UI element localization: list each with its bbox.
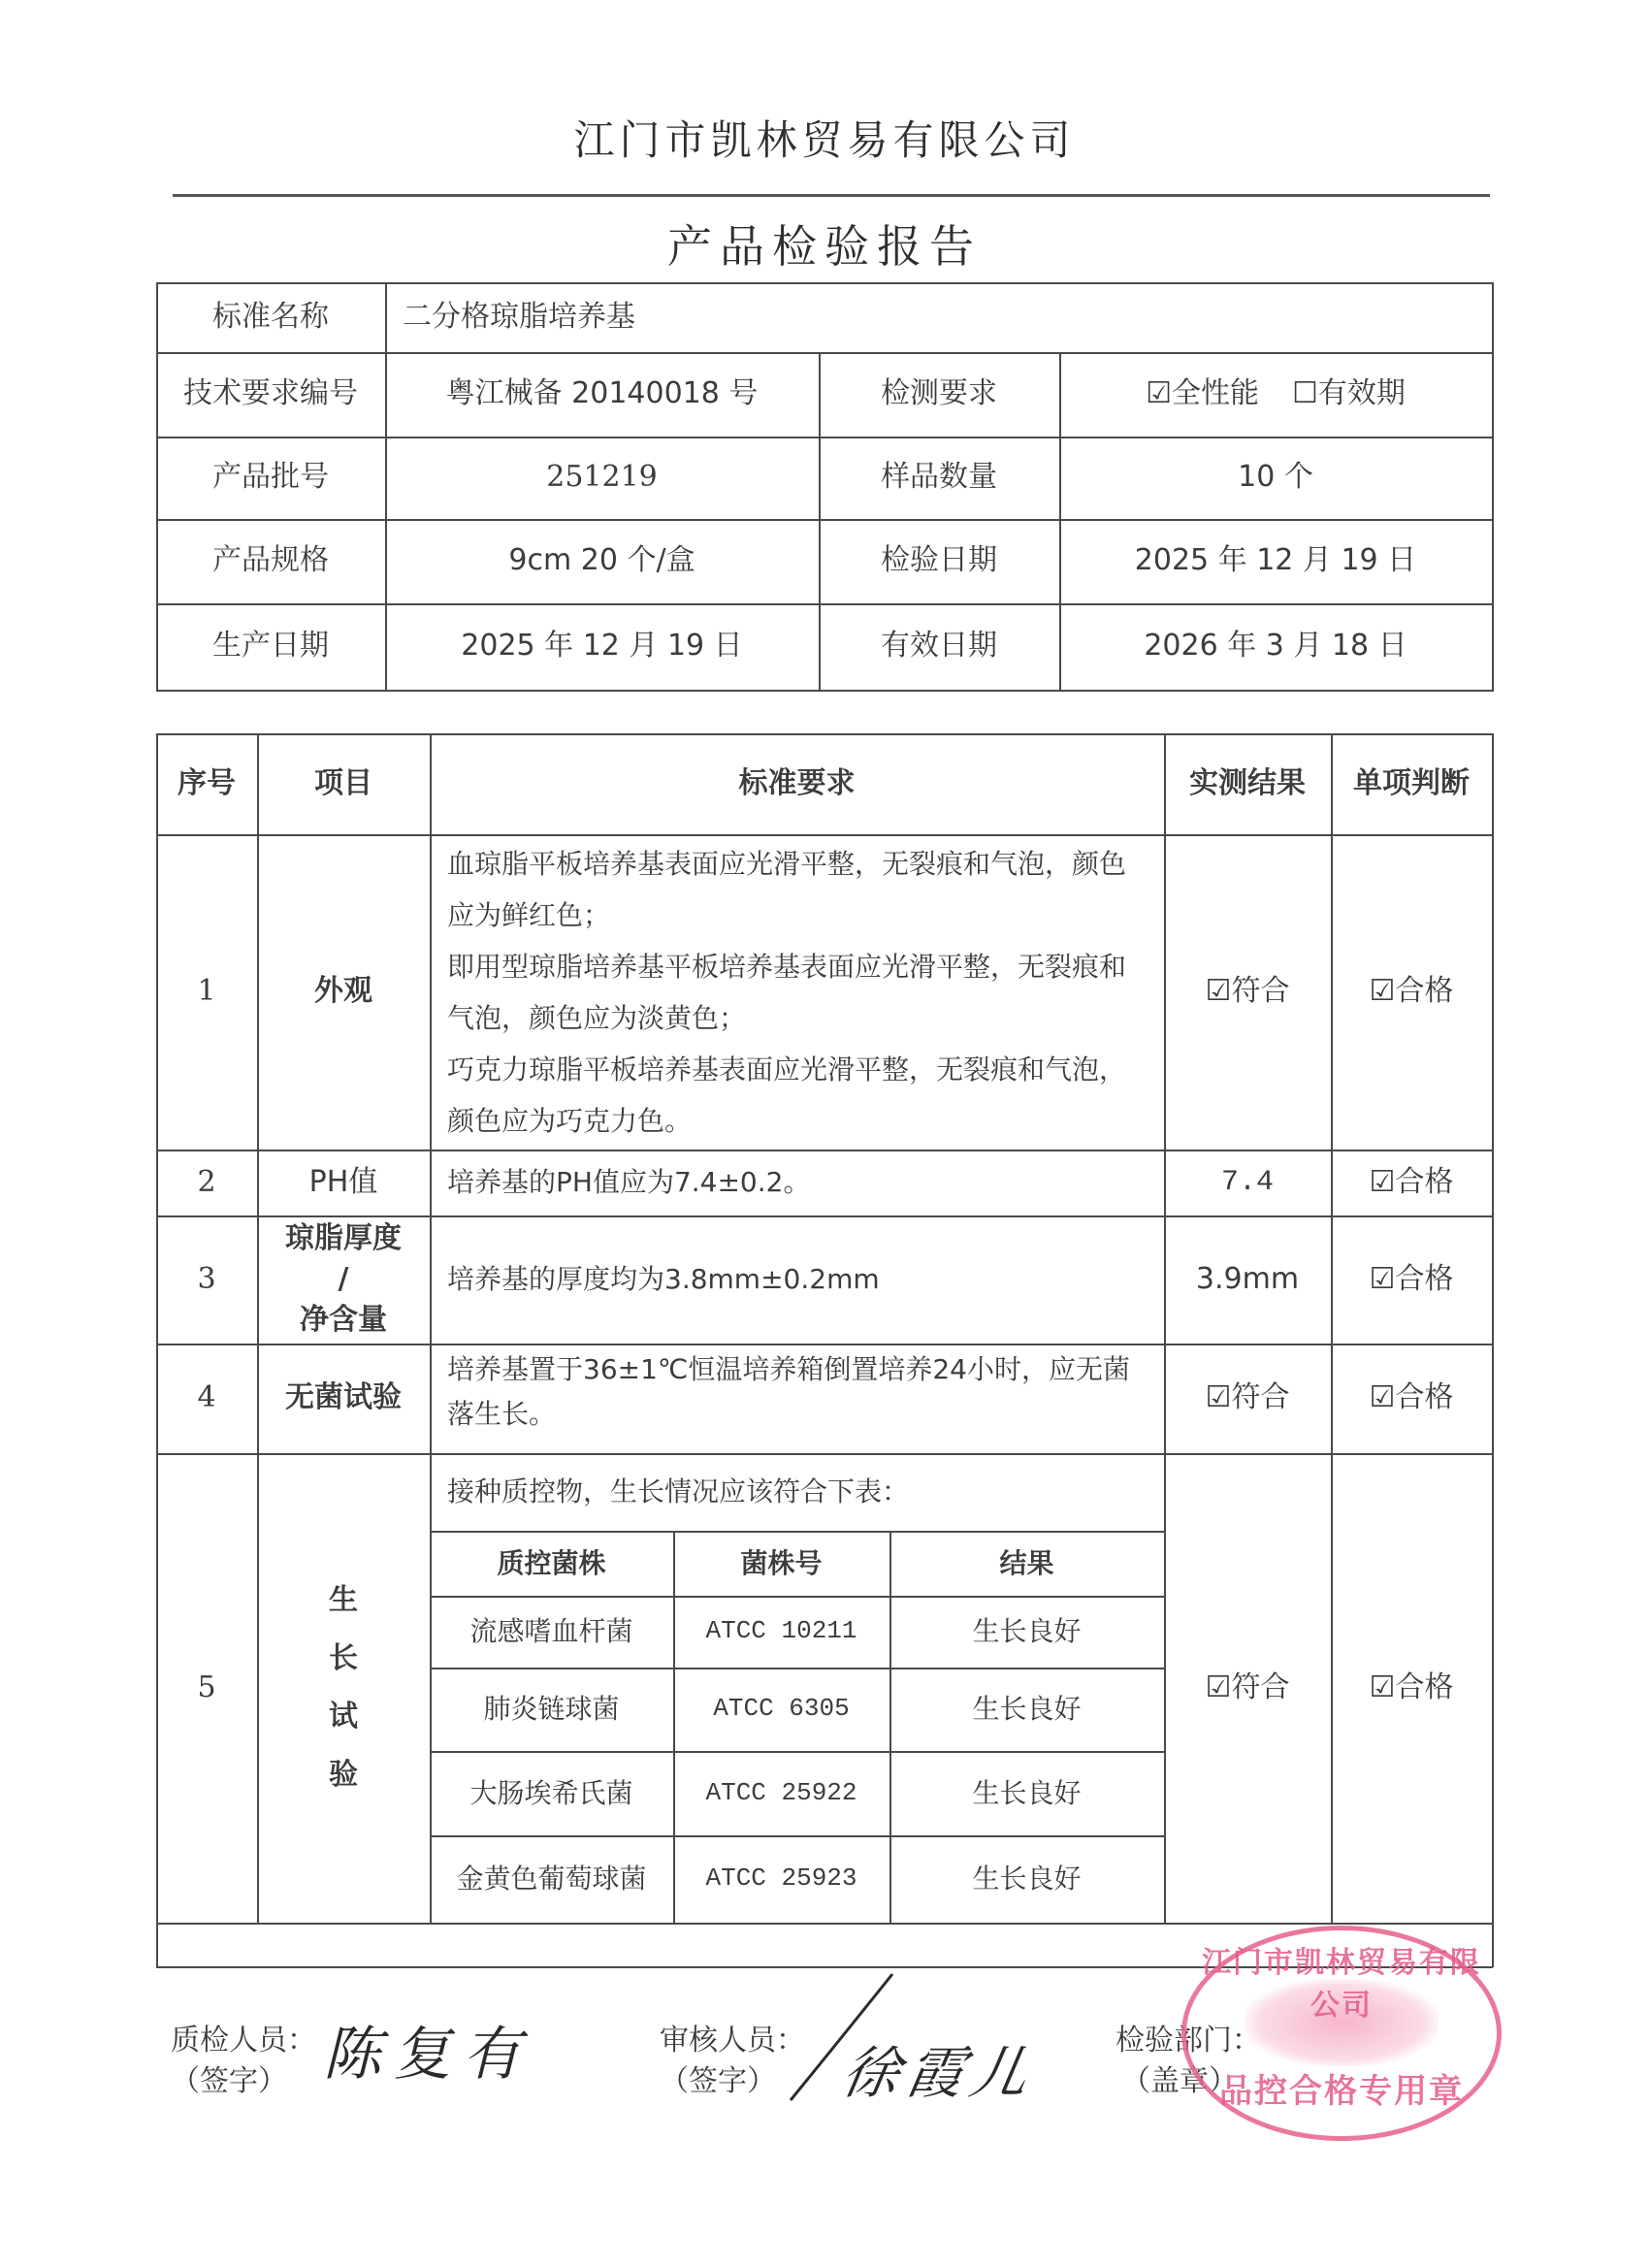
item-char: 长: [329, 1630, 358, 1688]
report-title: 产品检验报告: [0, 211, 1649, 275]
grid-line: [156, 1923, 1493, 1925]
batch-value: 251219: [385, 437, 819, 519]
row-no: 4: [156, 1344, 257, 1453]
sample-qty-label: 样品数量: [819, 437, 1059, 519]
test-req-label: 检测要求: [819, 352, 1059, 437]
tech-req-label: 技术要求编号: [156, 352, 385, 437]
row-result: 7.4: [1164, 1150, 1331, 1215]
item-char: 试: [329, 1688, 358, 1746]
tech-req-value: 粤江械备 20140018 号: [385, 352, 819, 437]
inspector-label: 质检人员：: [171, 2021, 316, 2061]
item-line: 琼脂厚度: [285, 1218, 402, 1259]
row-judgement: ☑合格: [1331, 1453, 1492, 1923]
checkbox-empty-icon: ☐: [1292, 376, 1318, 410]
option-validity[interactable]: ☐有效期: [1292, 374, 1406, 414]
strain-header-result: 结果: [889, 1531, 1164, 1596]
strain-header-name: 质控菌株: [430, 1531, 673, 1596]
header-divider: [173, 194, 1490, 197]
row-result: ☑符合: [1164, 834, 1331, 1150]
strain-header-id: 菌株号: [673, 1531, 889, 1596]
row-requirement: 血琼脂平板培养基表面应光滑平整，无裂痕和气泡，颜色 应为鲜红色； 即用型琼脂培养…: [430, 834, 1164, 1150]
reviewer-label: 审核人员：: [660, 2021, 805, 2061]
spec-label: 产品规格: [156, 519, 385, 603]
option-label: 全性能: [1172, 376, 1259, 410]
strain-id: ATCC 6305: [673, 1668, 889, 1751]
company-name: 江门市凯林贸易有限公司: [0, 109, 1649, 167]
strain-result: 生长良好: [889, 1668, 1164, 1751]
seal-top-text: 江门市凯林贸易有限公司: [1191, 1938, 1492, 2024]
col-header-result: 实测结果: [1164, 733, 1331, 834]
row-judgement: ☑合格: [1331, 834, 1492, 1150]
signature-stroke-icon: [786, 1969, 902, 2105]
option-label: 有效期: [1318, 376, 1406, 410]
inspector-sub-label: （签字）: [171, 2061, 287, 2102]
standard-name-label: 标准名称: [156, 282, 385, 352]
row-judgement: ☑合格: [1331, 1344, 1492, 1453]
strain-name: 金黄色葡萄球菌: [430, 1835, 673, 1923]
row-judgement: ☑合格: [1331, 1215, 1492, 1344]
expiry-value: 2026 年 3 月 18 日: [1059, 603, 1492, 690]
row-result: ☑符合: [1164, 1453, 1331, 1923]
option-full-performance[interactable]: ☑全性能: [1146, 374, 1259, 414]
prod-date-label: 生产日期: [156, 603, 385, 690]
reviewer-sub-label: （签字）: [660, 2061, 776, 2102]
item-char: 验: [329, 1746, 358, 1804]
requirement-line: 即用型琼脂培养基平板培养基表面应光滑平整，无裂痕和: [447, 941, 1126, 992]
col-header-judgement: 单项判断: [1331, 733, 1492, 834]
col-header-requirement: 标准要求: [430, 733, 1164, 834]
strain-result: 生长良好: [889, 1835, 1164, 1923]
requirement-line: 落生长。: [447, 1392, 556, 1437]
row-item: 生 长 试 验: [257, 1453, 430, 1923]
expiry-label: 有效日期: [819, 603, 1059, 690]
test-req-options: ☑全性能 ☐有效期: [1059, 352, 1492, 437]
strain-result: 生长良好: [889, 1751, 1164, 1835]
col-header-item: 项目: [257, 733, 430, 834]
row-requirement: 培养基的厚度均为3.8mm±0.2mm: [430, 1215, 1164, 1344]
row-no: 2: [156, 1150, 257, 1215]
spec-value: 9cm 20 个/盒: [385, 519, 819, 603]
requirement-line: 气泡，颜色应为淡黄色；: [447, 992, 746, 1044]
row-item: 无菌试验: [257, 1344, 430, 1453]
col-header-no: 序号: [156, 733, 257, 834]
test-date-value: 2025 年 12 月 19 日: [1059, 519, 1492, 603]
item-line: /: [339, 1259, 349, 1300]
row-no: 1: [156, 834, 257, 1150]
grid-line: [1492, 733, 1494, 1967]
row-judgement: ☑合格: [1331, 1150, 1492, 1215]
row-result: 3.9mm: [1164, 1215, 1331, 1344]
inspector-signature: 陈复有: [323, 2008, 533, 2091]
requirement-line: 培养基置于36±1℃恒温培养箱倒置培养24小时，应无菌: [447, 1347, 1130, 1392]
strain-id: ATCC 25922: [673, 1751, 889, 1835]
strain-result: 生长良好: [889, 1596, 1164, 1668]
row-requirement: 培养基的PH值应为7.4±0.2。: [430, 1150, 1164, 1215]
grid-line: [156, 690, 1494, 692]
row-result: ☑符合: [1164, 1344, 1331, 1453]
item-char: 生: [329, 1571, 358, 1630]
standard-name-value: 二分格琼脂培养基: [385, 282, 1492, 352]
item-line: 净含量: [300, 1300, 387, 1341]
strain-id: ATCC 25923: [673, 1835, 889, 1923]
seal-bottom-text: 品控合格专用章: [1191, 2064, 1492, 2112]
requirement-line: 血琼脂平板培养基表面应光滑平整，无裂痕和气泡，颜色: [447, 838, 1126, 890]
row-requirement: 培养基置于36±1℃恒温培养箱倒置培养24小时，应无菌 落生长。: [430, 1344, 1164, 1453]
strain-name: 大肠埃希氏菌: [430, 1751, 673, 1835]
row-item: 外观: [257, 834, 430, 1150]
strain-name: 肺炎链球菌: [430, 1668, 673, 1751]
row-no: 5: [156, 1453, 257, 1923]
row-item: 琼脂厚度 / 净含量: [257, 1215, 430, 1344]
prod-date-value: 2025 年 12 月 19 日: [385, 603, 819, 690]
requirement-line: 巧克力琼脂平板培养基表面应光滑平整，无裂痕和气泡，: [447, 1044, 1126, 1095]
checkbox-checked-icon: ☑: [1146, 376, 1172, 410]
row-requirement-intro: 接种质控物，生长情况应该符合下表：: [430, 1453, 1164, 1531]
row-no: 3: [156, 1215, 257, 1344]
sample-qty-value: 10 个: [1059, 437, 1492, 519]
requirement-line: 颜色应为巧克力色。: [447, 1095, 692, 1147]
row-item: PH值: [257, 1150, 430, 1215]
grid-line: [1492, 282, 1494, 691]
test-date-label: 检验日期: [819, 519, 1059, 603]
strain-name: 流感嗜血杆菌: [430, 1596, 673, 1668]
strain-id: ATCC 10211: [673, 1596, 889, 1668]
requirement-line: 应为鲜红色；: [447, 890, 610, 941]
batch-label: 产品批号: [156, 437, 385, 519]
